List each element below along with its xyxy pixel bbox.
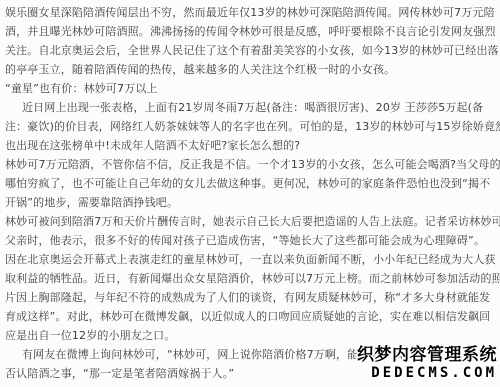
article-line: 因在北京奥运会开幕式上表演走红的童星林妙可，一直以来负面新闻不断，小小年纪已经成… [5,250,500,269]
article-line: 关注。自北京奥运会后，全世界人民记住了这个有着甜美笑容的小女孩，如今13岁的林妙… [5,41,500,60]
article-line: 育成这样”。对此，林妙可在微博发飙，以近似成人的口吻回应质疑她的言论，实在难以相… [5,307,500,326]
article-line: 开锅”的地步，需要靠陪酒挣钱吧。 [5,193,500,212]
article-line: 片因上胸部隆起，与年纪不符的成熟成为了人们的谈资，有网友质疑林妙可，称“才多大身… [5,288,500,307]
article-line: 否认陪酒之事，“那一定是笔者陪酒嫁祸于人。” [5,364,500,383]
article-line: 近日网上出现一张表格，上面有21岁周冬雨7万起(备注：喝酒很厉害)、20岁 王莎… [5,98,500,117]
article-line: 哪怕穷疯了，也不可能让自己年幼的女儿去做这种事。更何况，林妙可的家庭条件恐怕也没… [5,174,500,193]
article-subheading: “童星”也有价：林妙可7万以上 [5,79,500,98]
article-body: 娱乐圈女星深陷陪酒传闻层出不穷，然而最近年仅13岁的林妙可深陷陪酒传闻。网传林妙… [0,0,500,383]
article-line: 有网友在微博上询问林妙可，“林妙可，网上说你陪酒价格7万啊，能喝多少酒 [5,345,500,364]
article-line: 父亲时，他表示，很多不好的传闻对孩子已造成伤害，“等她长大了这些都可能会成为心理… [5,231,500,250]
article-line: 林妙可7万元陪酒，不管你信不信，反正我是不信。一个才13岁的小女孩，怎么可能会喝… [5,155,500,174]
article-page: 娱乐圈女星深陷陪酒传闻层出不穷，然而最近年仅13岁的林妙可深陷陪酒传闻。网传林妙… [0,0,500,387]
article-line: 的亭亭玉立，随着陪酒传闻的热传，越来越多的人关注这个红极一时的小女孩。 [5,60,500,79]
article-line: 林妙可被问到陪酒7万和天价片酬传言时，她表示自己长大后要把造谣的人告上法庭。记者… [5,212,500,231]
article-line: 应是出自一位12岁的小朋友之口。 [5,326,500,345]
article-line: 酒，并且曝光林妙可陪酒照。沸沸扬扬的传闻令林妙可很是反感，呼吁要根除不良言论引发… [5,22,500,41]
article-line: 也出现在这张榜单中!未成年人陪酒不太好吧?家长怎么想的? [5,136,500,155]
article-line: 娱乐圈女星深陷陪酒传闻层出不穷，然而最近年仅13岁的林妙可深陷陪酒传闻。网传林妙… [5,3,500,22]
article-line: 注：豪饮)的价目表，网络红人奶茶妹妹等人的名字也在列。可怕的是，13岁的林妙可与… [5,117,500,136]
article-line: 取利益的牺牲品。近日，有新闻爆出众女星陪酒价，林妙可以7万元上榜。而之前林妙可参… [5,269,500,288]
